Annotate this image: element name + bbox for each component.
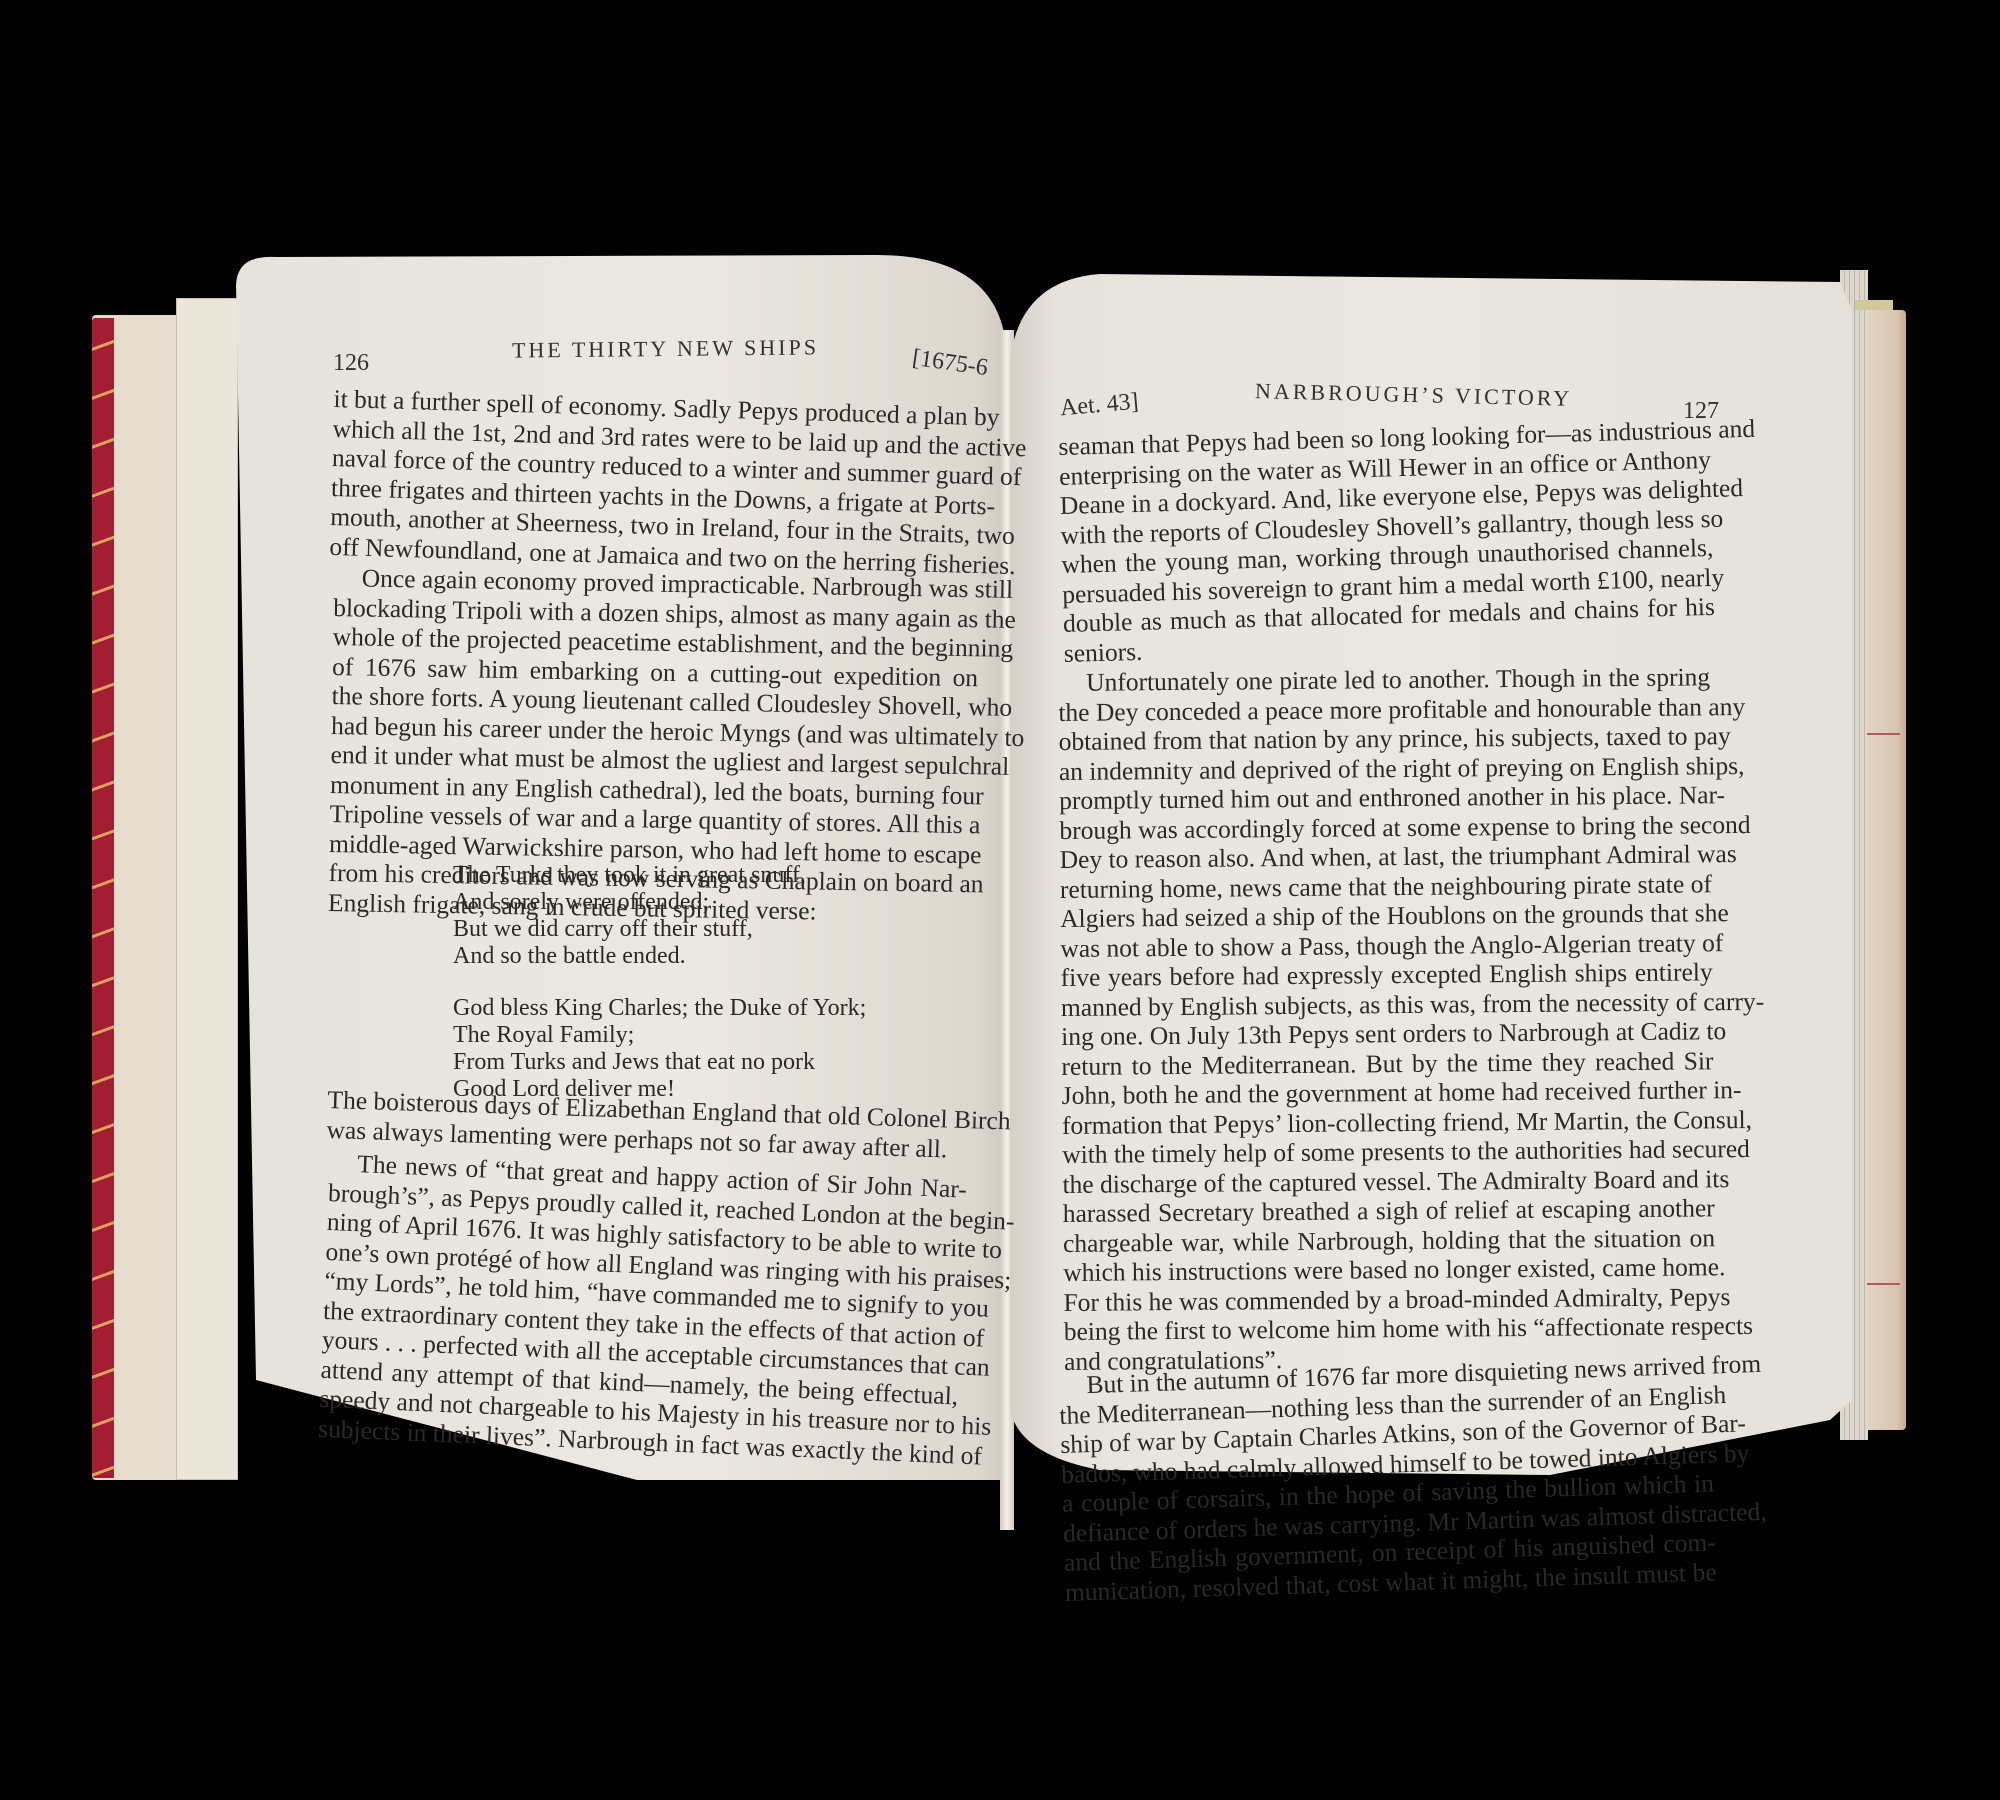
text-line: being the first to welcome him home with… [1064, 1311, 1716, 1346]
right-paragraph-3: But in the autumn of 1676 far more disqu… [1058, 1351, 1717, 1607]
left-paragraph-1: it but a further spell of economy. Sadly… [329, 384, 980, 579]
verse-line: The Royal Family; [453, 1022, 866, 1049]
right-cover-board [1862, 310, 1906, 1430]
red-spine-edge [92, 318, 114, 1478]
verse-stanza-2: God bless King Charles; the Duke of York… [453, 995, 866, 1103]
left-page-number: 126 [333, 350, 369, 377]
right-paragraph-2: Unfortunately one pirate led to another.… [1058, 662, 1716, 1376]
verse-line: And so the battle ended. [453, 943, 806, 970]
left-paragraph-4: The news of “that great and happy action… [318, 1148, 968, 1469]
verse-line: From Turks and Jews that eat no pork [453, 1049, 866, 1076]
verse-line: And sorely were offended; [453, 889, 806, 916]
verse-stanza-1: The Turks they took it in great snuff,An… [453, 862, 806, 970]
right-paragraph-1: seaman that Pepys had been so long looki… [1058, 415, 1716, 668]
red-edge-mark [1867, 1283, 1900, 1285]
bookmark-tab [1855, 300, 1893, 310]
left-running-head: THE THIRTY NEW SHIPS [512, 334, 819, 363]
open-book: 126 THE THIRTY NEW SHIPS [1675-6 it but … [0, 0, 2000, 1800]
left-endpaper [176, 298, 238, 1480]
verse-line: God bless King Charles; the Duke of York… [453, 995, 866, 1022]
verse-line: The Turks they took it in great snuff, [453, 862, 806, 889]
verse-line: But we did carry off their stuff, [453, 916, 806, 943]
red-edge-mark [1867, 733, 1900, 735]
